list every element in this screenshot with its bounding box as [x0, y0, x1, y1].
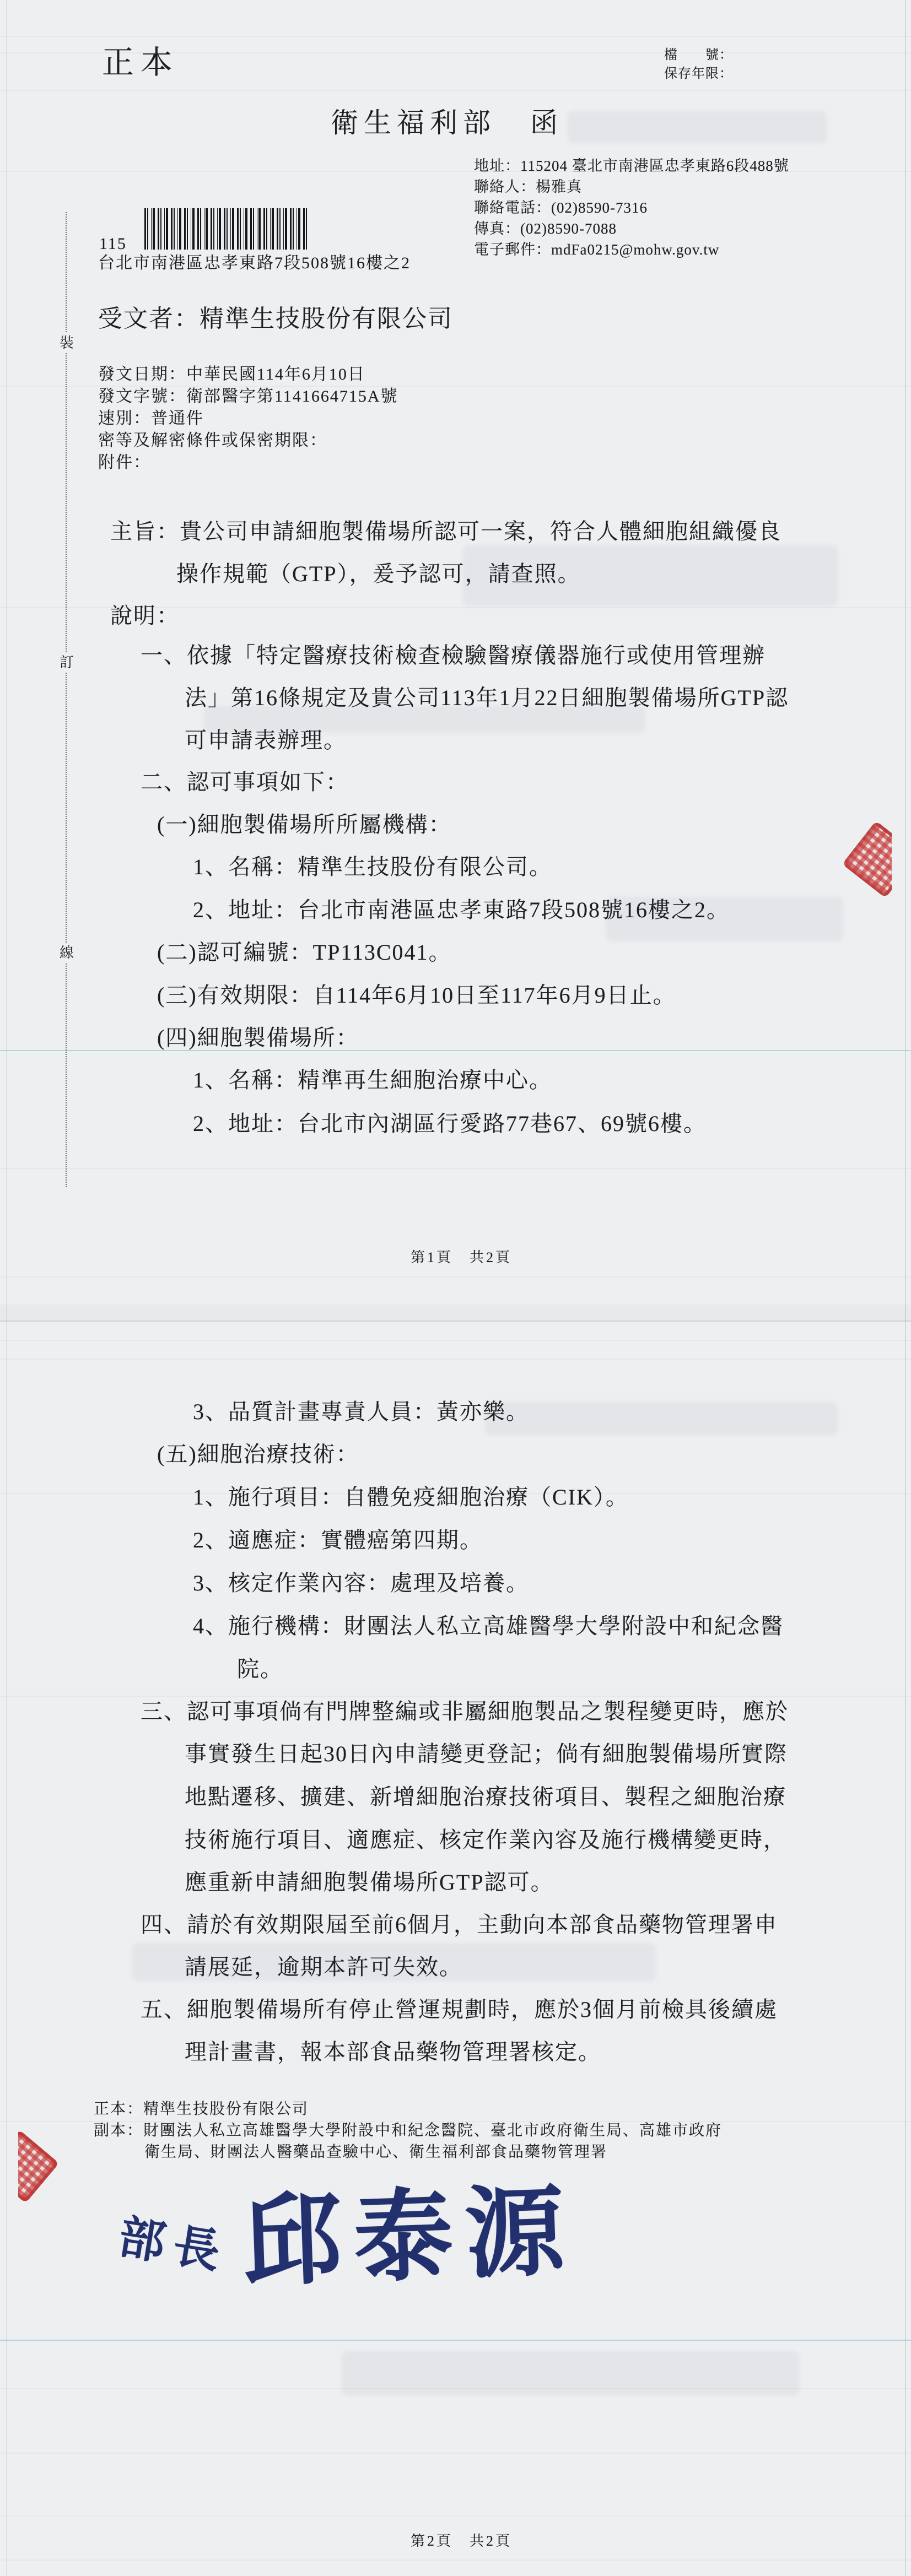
file-number-label: 檔 號：: [664, 48, 733, 62]
ghost-bleed: [342, 2351, 799, 2395]
body-line: 1、名稱：精準再生細胞治療中心。: [193, 1069, 552, 1091]
body-line: 事實發生日起30日內申請變更登記；倘有細胞製備場所實際: [185, 1743, 788, 1765]
body-line: 應重新申請細胞製備場所GTP認可。: [185, 1871, 554, 1893]
page-footer: 第2頁 共2頁: [411, 2534, 512, 2548]
page-edge: [905, 0, 906, 2576]
copy-type-label: 正本: [102, 47, 179, 79]
cc-line: 副本：財團法人私立高雄醫學大學附設中和紀念醫院、臺北市政府衛生局、高雄市政府: [94, 2123, 722, 2139]
ghost-bleed: [485, 1402, 838, 1435]
body-line: (四)細胞製備場所：: [157, 1027, 359, 1049]
contact-person: 聯絡人：楊雅真: [474, 180, 582, 194]
meta-line: 附件：: [98, 454, 151, 471]
agency-name: 衛生福利部: [331, 109, 496, 137]
body-line: 請展延，逾期本許可失效。: [185, 1956, 462, 1978]
retention-label: 保存年限：: [664, 67, 733, 80]
page-edge: [7, 0, 7, 2576]
body-line: 技術施行項目、適應症、核定作業內容及施行機構變更時，: [185, 1829, 786, 1851]
body-line: 五、細胞製備場所有停止營運規劃時，應於3個月前檢具後續處: [141, 1999, 778, 2021]
doc-type-label: 函: [530, 109, 563, 137]
meta-line: 發文日期：中華民國114年6月10日: [98, 366, 365, 383]
paging-seal: [18, 2125, 65, 2208]
meta-line: 速別：普通件: [98, 410, 204, 427]
scan-line: [0, 1168, 911, 1169]
body-line: 2、地址：台北市內湖區行愛路77巷67、69號6樓。: [193, 1113, 707, 1135]
body-line: 院。: [237, 1658, 283, 1680]
scanner-blue-line: [0, 1050, 911, 1051]
body-line: 1、名稱：精準生技股份有限公司。: [193, 856, 552, 878]
body-line: 二、認可事項如下：: [141, 771, 349, 793]
ghost-bleed: [568, 111, 827, 143]
body-line: 2、地址：台北市南港區忠孝東路7段508號16樓之2。: [193, 899, 730, 921]
scan-line: [0, 90, 911, 91]
binding-mark: 訂: [56, 653, 77, 673]
body-line: 理計畫書，報本部食品藥物管理署核定。: [185, 2041, 601, 2063]
scan-line: [0, 1340, 911, 1341]
binding-mark: 線: [56, 943, 77, 963]
body-line: (一)細胞製備場所所屬機構：: [157, 814, 452, 836]
body-line: (五)細胞治療技術：: [157, 1443, 359, 1465]
minister-name-signature: 邱泰源: [241, 2182, 578, 2293]
scan-line: [0, 2515, 911, 2517]
paging-seal: [806, 810, 892, 909]
meta-line: 發文字號：衛部醫字第1141664715A號: [98, 388, 398, 405]
scan-line: [0, 2559, 911, 2561]
seal-stamp-icon: [842, 821, 892, 898]
contact-email: 電子郵件：mdFa0215@mohw.gov.tw: [474, 242, 719, 257]
postal-code: 115: [99, 236, 127, 252]
scan-line: [0, 1359, 911, 1360]
scan-line: [0, 386, 911, 387]
subject-line: 操作規範（GTP），爰予認可，請查照。: [176, 563, 581, 585]
barcode-image: [144, 208, 307, 250]
body-line: (二)認可編號：TP113C041。: [157, 941, 452, 964]
body-line: 說明：: [110, 605, 180, 627]
subject-line: 主旨：貴公司申請細胞製備場所認可一案，符合人體細胞組織優良: [110, 521, 781, 543]
scan-line: [0, 1276, 911, 1278]
body-line: 2、適應症：實體癌第四期。: [193, 1529, 483, 1551]
body-line: 4、施行機構：財團法人私立高雄醫學大學附設中和紀念醫: [193, 1615, 784, 1637]
contact-fax: 傳真：(02)8590-7088: [474, 221, 617, 236]
body-line: 三、認可事項倘有門牌整編或非屬細胞製品之製程變更時，應於: [141, 1701, 789, 1723]
seal-stamp-icon: [18, 2130, 59, 2204]
page-boundary-band: [0, 1305, 911, 1321]
scanned-document: 正本 檔 號： 保存年限： 衛生福利部 函 地址：115204 臺北市南港區忠孝…: [0, 0, 911, 2576]
body-line: 地點遷移、擴建、新增細胞治療技術項目、製程之細胞治療: [185, 1786, 786, 1808]
minister-title-signature: 部長: [116, 2215, 232, 2277]
meta-line: 密等及解密條件或保密期限：: [98, 432, 327, 449]
body-line: 法」第16條規定及貴公司113年1月22日細胞製備場所GTP認: [185, 687, 789, 709]
body-line: 3、核定作業內容：處理及培養。: [193, 1572, 529, 1594]
original-copy-line: 正本：精準生技股份有限公司: [94, 2102, 309, 2117]
contact-phone: 聯絡電話：(02)8590-7316: [474, 201, 648, 215]
body-line: 一、依據「特定醫療技術檢查檢驗醫療儀器施行或使用管理辦: [141, 645, 766, 667]
binding-dotted-line: [66, 212, 67, 1187]
recipient-line: 受文者：精準生技股份有限公司: [98, 307, 453, 331]
binding-mark: 裝: [56, 333, 77, 353]
body-line: (三)有效期限：自114年6月10日至117年6月9日止。: [157, 984, 676, 1006]
scan-line: [0, 2453, 911, 2454]
recipient-address: 台北市南港區忠孝東路7段508號16樓之2: [98, 255, 411, 272]
body-line: 四、請於有效期限屆至前6個月，主動向本部食品藥物管理署申: [141, 1914, 778, 1936]
scan-line: [0, 36, 911, 37]
body-line: 3、品質計畫專責人員：黃亦樂。: [193, 1401, 529, 1423]
page-footer: 第1頁 共2頁: [411, 1251, 512, 1265]
page-boundary-line: [0, 1321, 911, 1322]
scanner-blue-line: [0, 2340, 911, 2341]
cc-line: 衛生局、財團法人醫藥品查驗中心、衛生福利部食品藥物管理署: [144, 2145, 607, 2160]
body-line: 1、施行項目：自體免疫細胞治療（CIK）。: [193, 1486, 629, 1508]
scan-line: [0, 1696, 911, 1697]
body-line: 可申請表辦理。: [185, 729, 347, 751]
contact-address: 地址：115204 臺北市南港區忠孝東路6段488號: [474, 159, 789, 174]
